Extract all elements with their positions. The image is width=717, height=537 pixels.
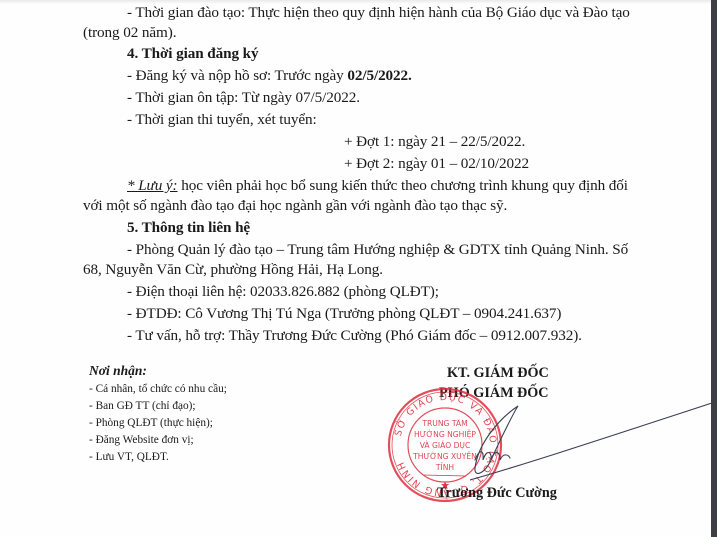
- svg-text:THƯỜNG XUYÊN: THƯỜNG XUYÊN: [412, 452, 477, 461]
- note-line1: * Lưu ý: học viên phải học bổ sung kiến …: [127, 177, 628, 195]
- document-page: - Thời gian đào tạo: Thực hiện theo quy …: [0, 0, 711, 537]
- recipient-item: - Đăng Website đơn vị;: [89, 433, 194, 448]
- training-time-line2: (trong 02 năm).: [83, 24, 176, 42]
- contact-address2: 68, Nguyễn Văn Cừ, phường Hồng Hải, Hạ L…: [83, 261, 383, 279]
- vertical-scrollbar[interactable]: [711, 0, 717, 537]
- handwritten-signature-icon: [470, 398, 711, 488]
- contact-advisor: - Tư vấn, hỗ trợ: Thầy Trương Đức Cường …: [127, 327, 582, 345]
- exam-label: - Thời gian thi tuyển, xét tuyển:: [127, 111, 317, 129]
- note-label: * Lưu ý:: [127, 177, 178, 194]
- svg-text:HƯỚNG NGHIỆP: HƯỚNG NGHIỆP: [414, 430, 476, 439]
- contact-phone: - Điện thoại liên hệ: 02033.826.882 (phò…: [127, 283, 439, 301]
- recipient-item: - Ban GĐ TT (chỉ đạo);: [89, 399, 196, 414]
- recipient-item: - Phòng QLĐT (thực hiện);: [89, 416, 213, 431]
- svg-text:VÀ GIÁO DỤC: VÀ GIÁO DỤC: [420, 441, 471, 450]
- recipient-item: - Cá nhân, tổ chức có nhu cầu;: [89, 382, 227, 397]
- exam-round2: + Đợt 2: ngày 01 – 02/10/2022: [344, 155, 529, 173]
- register-prefix: - Đăng ký và nộp hồ sơ: Trước ngày: [127, 67, 347, 84]
- register-date: 02/5/2022.: [347, 67, 411, 84]
- section5-heading: 5. Thông tin liên hệ: [127, 219, 250, 237]
- recipient-item: - Lưu VT, QLĐT.: [89, 450, 169, 465]
- training-time-line1: - Thời gian đào tạo: Thực hiện theo quy …: [127, 4, 630, 22]
- exam-round1: + Đợt 1: ngày 21 – 22/5/2022.: [344, 133, 525, 151]
- note-text1: học viên phải học bổ sung kiến thức theo…: [178, 177, 628, 194]
- signature-title: KT. GIÁM ĐỐC: [447, 365, 549, 382]
- register-deadline: - Đăng ký và nộp hồ sơ: Trước ngày 02/5/…: [127, 67, 412, 85]
- signer-name: Trương Đức Cường: [437, 485, 557, 502]
- contact-mobile: - ĐTDĐ: Cô Vương Thị Tú Nga (Trưởng phòn…: [127, 305, 561, 323]
- note-line2: với một số ngành đào tạo đại học ngành g…: [83, 197, 507, 215]
- recipients-title: Nơi nhận:: [89, 363, 147, 378]
- review-period: - Thời gian ôn tập: Từ ngày 07/5/2022.: [127, 89, 360, 107]
- svg-text:TRUNG TÂM: TRUNG TÂM: [421, 419, 467, 428]
- contact-address1: - Phòng Quản lý đào tạo – Trung tâm Hướn…: [127, 241, 628, 259]
- svg-text:TỈNH: TỈNH: [435, 463, 454, 472]
- section4-heading: 4. Thời gian đăng ký: [127, 45, 258, 63]
